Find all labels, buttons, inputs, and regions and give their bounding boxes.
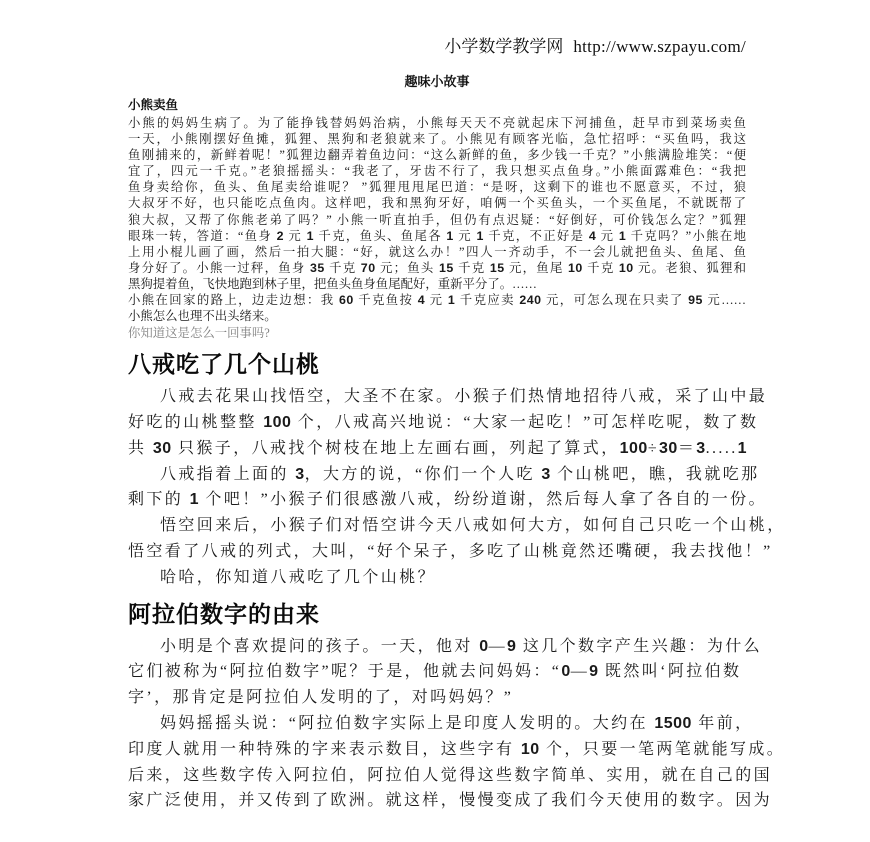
number: 9 [589, 663, 598, 680]
number: 30 [659, 440, 678, 457]
text-line: 狼大叔，又帮了你熊老弟了吗？” 小熊一听直拍手，但仍有点迟疑：“好倒好，可价钱怎… [128, 212, 746, 228]
site-url: http://www.szpayu.com/ [573, 37, 746, 56]
text-line: 小熊怎么也理不出头绪来。 [128, 308, 746, 324]
number: 30 [153, 440, 172, 457]
number: 3 [696, 440, 705, 457]
text-line: 共 30 只猴子，八戒找个树枝在地上左画右画，列起了算式，100÷30＝3...… [128, 436, 746, 462]
number: 70 [361, 261, 376, 275]
arabic-story-heading: 阿拉伯数字的由来 [128, 599, 746, 629]
number: 3 [541, 466, 550, 483]
number: 1 [619, 229, 626, 243]
number: 10 [521, 741, 540, 758]
number: 1 [476, 229, 483, 243]
text-line: 家广泛使用，并又传到了欧洲。就这样，慢慢变成了我们今天使用的数字。因为 [128, 788, 746, 814]
number: 100 [263, 414, 291, 431]
text-line: 字’，那肯定是阿拉伯人发明的了，对吗妈妈？” [128, 685, 746, 711]
bear-story-question: 你知道这是怎么一回事吗? [128, 325, 746, 341]
number: 1 [190, 491, 199, 508]
text-line: 一天，小熊刚摆好鱼摊，狐狸、黑狗和老狼就来了。小熊见有顾客光临，急忙招呼：“买鱼… [128, 131, 746, 147]
number: 95 [688, 293, 703, 307]
number: 2 [277, 229, 284, 243]
number: 35 [310, 261, 325, 275]
number: 0 [561, 663, 570, 680]
number: 1 [307, 229, 314, 243]
section-bear-story: 小熊卖鱼 小熊的妈妈生病了。为了能挣钱替妈妈治病，小熊每天天不亮就起床下河捕鱼，… [128, 95, 746, 341]
section-bajie-story: 八戒吃了几个山桃 八戒去花果山找悟空，大圣不在家。小猴子们热情地招待八戒，采了山… [128, 349, 746, 590]
text-line: 后来，这些数字传入阿拉伯，阿拉伯人觉得这些数字简单、实用，就在自己的国 [128, 763, 746, 789]
number: 15 [490, 261, 505, 275]
text-line: 小熊在回家的路上，边走边想：我 60 千克鱼按 4 元 1 千克应卖 240 元… [128, 292, 746, 308]
doc-title: 趣味小故事 [128, 71, 746, 90]
text-line: 鱼刚捕来的，新鲜着呢！”狐狸边翻弄着鱼边问：“这么新鲜的鱼，多少钱一千克？”小熊… [128, 147, 746, 163]
text-line: 八戒去花果山找悟空，大圣不在家。小猴子们热情地招待八戒，采了山中最 [128, 384, 746, 410]
number: 1 [738, 440, 747, 457]
number: 15 [439, 261, 454, 275]
text-line: 剩下的 1 个吧！”小猴子们很感激八戒，纷纷道谢，然后每人拿了各自的一份。 [128, 487, 746, 513]
number: 1 [446, 229, 453, 243]
number: 10 [619, 261, 634, 275]
number: 100 [620, 440, 648, 457]
site-title: 小学数学教学网 [444, 37, 563, 56]
number: 240 [519, 293, 541, 307]
bajie-story-text: 八戒去花果山找悟空，大圣不在家。小猴子们热情地招待八戒，采了山中最好吃的山桃整整… [128, 384, 746, 590]
number: 0 [479, 638, 488, 655]
number: 9 [507, 638, 516, 655]
number: 4 [418, 293, 425, 307]
bajie-story-heading: 八戒吃了几个山桃 [128, 349, 746, 379]
site-header: 小学数学教学网http://www.szpayu.com/ [128, 36, 746, 58]
number: 1500 [654, 715, 692, 732]
number: 1 [448, 293, 455, 307]
number: 60 [339, 293, 354, 307]
text-line: 小熊的妈妈生病了。为了能挣钱替妈妈治病，小熊每天天不亮就起床下河捕鱼，赶早市到菜… [128, 115, 746, 131]
text-line: 宜了，四元一千克。”老狼摇摇头：“我老了，牙齿不行了，我只想买点鱼身。”小熊面露… [128, 163, 746, 179]
text-line: 悟空看了八戒的列式，大叫，“好个呆子，多吃了山桃竟然还嘴硬，我去找他！” [128, 539, 746, 565]
text-line: 印度人就用一种特殊的字来表示数目，这些字有 10 个，只要一笔两笔就能写成。 [128, 737, 746, 763]
text-line: 妈妈摇摇头说：“阿拉伯数字实际上是印度人发明的。大约在 1500 年前， [128, 711, 746, 737]
text-line: 鱼身卖给你，鱼头、鱼尾卖给谁呢？ ”狐狸甩甩尾巴道：“是呀，这剩下的谁也不愿意买… [128, 179, 746, 195]
text-line: 黑狗提着鱼，飞快地跑到林子里，把鱼头鱼身鱼尾配好，重新平分了。…… [128, 276, 746, 292]
bear-story-heading: 小熊卖鱼 [128, 95, 746, 113]
text-line: 眼珠一转，答道：“鱼身 2 元 1 千克，鱼头、鱼尾各 1 元 1 千克，不正好… [128, 228, 746, 244]
section-arabic-numerals: 阿拉伯数字的由来 小明是个喜欢提问的孩子。一天，他对 0—9 这几个数字产生兴趣… [128, 599, 746, 815]
document-page: 小学数学教学网http://www.szpayu.com/ 趣味小故事 小熊卖鱼… [0, 0, 870, 842]
text-line: 它们被称为“阿拉伯数字”呢？于是，他就去问妈妈：“0—9 既然叫‘阿拉伯数 [128, 659, 746, 685]
text-line: 悟空回来后，小猴子们对悟空讲今天八戒如何大方，如何自己只吃一个山桃， [128, 513, 746, 539]
text-line: 身分好了。小熊一过秤，鱼身 35 千克 70 元；鱼头 15 千克 15 元，鱼… [128, 260, 746, 276]
text-line: 上用小棍儿画了画，然后一拍大腿：“好，就这么办！”四人一齐动手，不一会儿就把鱼头… [128, 244, 746, 260]
text-line: 大叔牙不好，也只能吃点鱼肉。这样吧，我和黑狗牙好，咱俩一个买鱼头，一个买鱼尾，不… [128, 195, 746, 211]
number: 10 [568, 261, 583, 275]
text-line: 小明是个喜欢提问的孩子。一天，他对 0—9 这几个数字产生兴趣：为什么 [128, 634, 746, 660]
text-line: 好吃的山桃整整 100 个，八戒高兴地说：“大家一起吃！”可怎样吃呢，数了数 [128, 410, 746, 436]
text-line: 哈哈，你知道八戒吃了几个山桃？ [128, 565, 746, 591]
bear-story-text: 小熊的妈妈生病了。为了能挣钱替妈妈治病，小熊每天天不亮就起床下河捕鱼，赶早市到菜… [128, 115, 746, 324]
number: 4 [589, 229, 596, 243]
arabic-story-text: 小明是个喜欢提问的孩子。一天，他对 0—9 这几个数字产生兴趣：为什么它们被称为… [128, 634, 746, 815]
number: 3 [295, 466, 304, 483]
text-line: 八戒指着上面的 3，大方的说，“你们一个人吃 3 个山桃吧，瞧，我就吃那 [128, 462, 746, 488]
